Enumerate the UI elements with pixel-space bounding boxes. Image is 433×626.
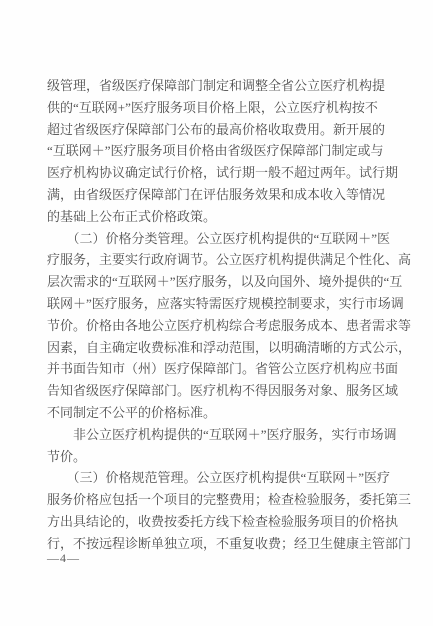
text-line: “互联网＋”医疗服务项目价格由省级医疗保障部门制定或与 xyxy=(47,140,393,162)
text-line: （三）价格规范管理。公立医疗机构提供“互联网＋”医疗 xyxy=(47,467,393,489)
text-line: 超过省级医疗保障部门公布的最高价格收取费用。新开展的 xyxy=(47,119,393,141)
text-line: 服务价格应包括一个项目的完整费用；检查检验服务，委托第三 xyxy=(47,489,393,511)
text-line: 医疗机构协议确定试行价格，试行期一般不超过两年。试行期 xyxy=(47,162,393,184)
text-line: 满，由省级医疗保障部门在评估服务效果和成本收入等情况 xyxy=(47,184,393,206)
text-line: 疗服务，主要实行政府调节。公立医疗机构提供满足个性化、高 xyxy=(47,249,393,271)
text-line: 方出具结论的，收费按委托方线下检查检验服务项目的价格执 xyxy=(47,511,393,533)
text-line: 联网＋”医疗服务，应落实特需医疗规模控制要求，实行市场调 xyxy=(47,293,393,315)
text-line: 非公立医疗机构提供的“互联网＋”医疗服务，实行市场调 xyxy=(47,424,393,446)
text-line: （二）价格分类管理。公立医疗机构提供的“互联网＋”医 xyxy=(47,228,393,250)
body-text: 级管理，省级医疗保障部门制定和调整全省公立医疗机构提供的“互联网+”医疗服务项目… xyxy=(47,75,393,555)
text-line: 不同制定不公平的价格标准。 xyxy=(47,402,393,424)
text-line: 行，不按远程诊断单独立项，不重复收费；经卫生健康主管部门 xyxy=(47,533,393,555)
text-line: 供的“互联网+”医疗服务项目价格上限，公立医疗机构按不 xyxy=(47,97,393,119)
text-line: 层次需求的“互联网＋”医疗服务，以及向国外、境外提供的“互 xyxy=(47,271,393,293)
text-line: 节价。价格由各地公立医疗机构综合考虑服务成本、患者需求等 xyxy=(47,315,393,337)
page-number: —4— xyxy=(47,551,80,566)
text-line: 并书面告知市（州）医疗保障部门。省管公立医疗机构应书面 xyxy=(47,358,393,380)
text-line: 的基础上公布正式价格政策。 xyxy=(47,206,393,228)
text-line: 告知省级医疗保障部门。医疗机构不得因服务对象、服务区域 xyxy=(47,380,393,402)
text-line: 级管理，省级医疗保障部门制定和调整全省公立医疗机构提 xyxy=(47,75,393,97)
text-line: 因素，自主确定收费标准和浮动范围，以明确清晰的方式公示， xyxy=(47,337,393,359)
document-page: 级管理，省级医疗保障部门制定和调整全省公立医疗机构提供的“互联网+”医疗服务项目… xyxy=(0,0,433,626)
text-line: 节价。 xyxy=(47,446,393,468)
